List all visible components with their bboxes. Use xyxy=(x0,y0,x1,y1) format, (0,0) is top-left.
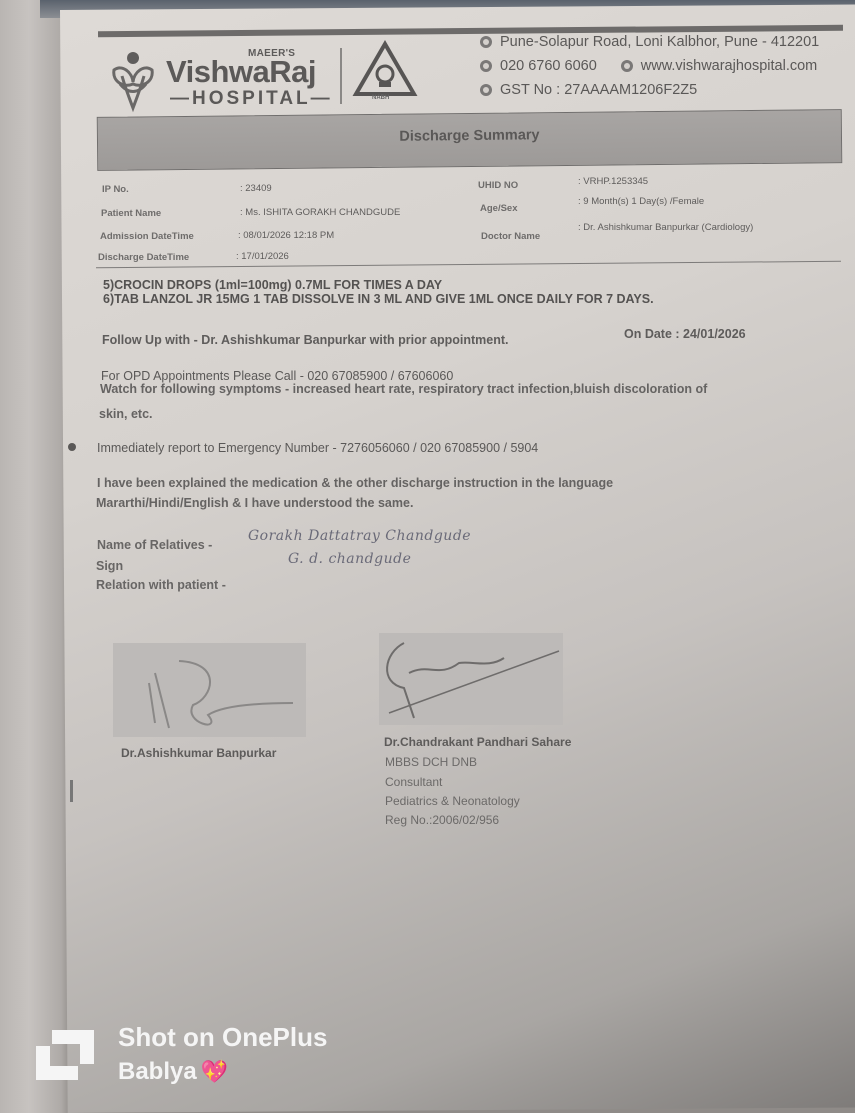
relative-sign-label: Sign xyxy=(96,559,123,573)
discharge-value: : 17/01/2026 xyxy=(236,251,289,262)
brand-name: VishwaRaj xyxy=(166,54,316,90)
signature-box-sahare xyxy=(379,633,563,725)
watermark-name: Bablya xyxy=(118,1058,197,1085)
relative-signature-handwritten: G. d. chandgude xyxy=(288,551,411,567)
signatory-qualification: MBBS DCH DNB xyxy=(385,755,477,769)
relative-name-label: Name of Relatives - xyxy=(97,538,212,552)
globe-icon xyxy=(621,60,633,72)
uhid-label: UHID NO xyxy=(478,180,518,191)
signature-scribble-icon xyxy=(379,633,563,725)
watermark-title: Shot on OnePlus xyxy=(118,1022,327,1053)
sparkling-heart-icon: 💖 xyxy=(201,1059,228,1084)
signatory-reg-no: Reg No.:2006/02/956 xyxy=(385,813,499,827)
camera-watermark: Shot on OnePlus Bablya💖 xyxy=(36,1022,416,1092)
medication-item: 5)CROCIN DROPS (1ml=100mg) 0.7ML FOR TIM… xyxy=(103,278,442,292)
admission-value: : 08/01/2026 12:18 PM xyxy=(238,230,334,241)
signature-scribble-icon xyxy=(113,643,306,737)
signatory-department: Pediatrics & Neonatology xyxy=(385,794,520,808)
consent-text: I have been explained the medication & t… xyxy=(97,476,613,490)
binder-mark xyxy=(70,780,73,802)
age-sex-value: : 9 Month(s) 1 Day(s) /Female xyxy=(578,196,704,207)
consent-text-cont: Mararthi/Hindi/English & I have understo… xyxy=(96,496,413,510)
hospital-logo: MAEER'S VishwaRaj —HOSPITAL— xyxy=(108,48,348,114)
doctor-label: Doctor Name xyxy=(481,231,540,242)
watch-symptoms-text-cont: skin, etc. xyxy=(99,407,153,421)
ip-no-label: IP No. xyxy=(102,184,129,195)
follow-up-text: Follow Up with - Dr. Ashishkumar Banpurk… xyxy=(102,333,509,347)
logo-divider xyxy=(340,48,342,104)
discharge-label: Discharge DateTime xyxy=(98,252,189,263)
patient-name-value: : Ms. ISHITA GORAKH CHANDGUDE xyxy=(240,207,400,218)
patient-name-label: Patient Name xyxy=(101,208,161,219)
signatory-name-sahare: Dr.Chandrakant Pandhari Sahare xyxy=(384,735,571,749)
document-sheet xyxy=(60,4,855,1113)
trinity-knot-logo-icon xyxy=(108,48,158,114)
hospital-contact: Pune-Solapur Road, Loni Kalbhor, Pune - … xyxy=(480,30,819,102)
document-title: Discharge Summary xyxy=(98,124,841,148)
signature-box-banpurkar xyxy=(113,643,306,737)
oneplus-logo-icon xyxy=(36,1030,94,1080)
watch-symptoms-text: Watch for following symptoms - increased… xyxy=(100,382,707,396)
uhid-value: : VRHP.1253345 xyxy=(578,176,648,187)
binder-hole xyxy=(68,443,76,451)
document-title-bar: Discharge Summary xyxy=(97,109,843,171)
age-sex-label: Age/Sex xyxy=(480,203,518,214)
doctor-value: : Dr. Ashishkumar Banpurkar (Cardiology) xyxy=(578,222,753,233)
brand-subtitle: —HOSPITAL— xyxy=(170,88,333,110)
signatory-designation: Consultant xyxy=(385,775,442,789)
phone-icon xyxy=(480,60,492,72)
hospital-gst: GST No : 27AAAAM1206F2Z5 xyxy=(500,82,697,98)
nabh-label: NABH xyxy=(372,95,389,101)
ip-no-value: : 23409 xyxy=(240,183,272,194)
admission-label: Admission DateTime xyxy=(100,231,194,242)
follow-up-date: On Date : 24/01/2026 xyxy=(624,327,746,341)
signatory-name-banpurkar: Dr.Ashishkumar Banpurkar xyxy=(121,746,276,760)
hospital-website: www.vishwarajhospital.com xyxy=(641,58,817,74)
opd-appointment-text: For OPD Appointments Please Call - 020 6… xyxy=(101,369,453,383)
relation-label: Relation with patient - xyxy=(96,578,226,592)
emergency-number-text: Immediately report to Emergency Number -… xyxy=(97,441,538,455)
hospital-address: Pune-Solapur Road, Loni Kalbhor, Pune - … xyxy=(500,34,819,50)
location-pin-icon xyxy=(480,36,492,48)
relative-name-handwritten: Gorakh Dattatray Chandgude xyxy=(248,528,471,544)
hospital-phone: 020 6760 6060 xyxy=(500,58,597,74)
watermark-subtitle: Bablya💖 xyxy=(118,1058,228,1086)
medication-item: 6)TAB LANZOL JR 15MG 1 TAB DISSOLVE IN 3… xyxy=(103,292,654,306)
gst-icon xyxy=(480,84,492,96)
